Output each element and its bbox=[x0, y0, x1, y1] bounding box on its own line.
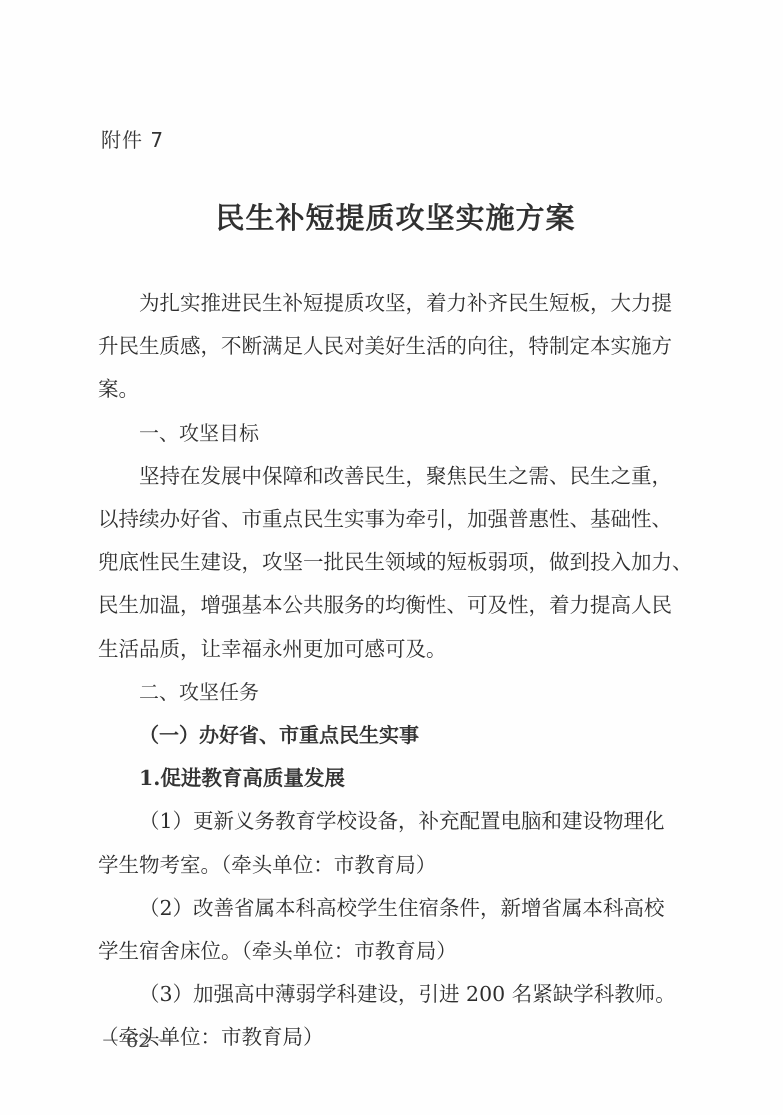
task-item-3: （3）加强高中薄弱学科建设，引进 200 名紧缺学科教师。 （牵头单位：市教育局… bbox=[98, 973, 688, 1059]
item-heading: 1.促进教育高质量发展 bbox=[98, 757, 688, 800]
text-line: （1）更新义务教育学校设备，补充配置电脑和建设物理化 bbox=[98, 800, 688, 843]
attachment-label: 附件 7 bbox=[101, 124, 164, 153]
text-line: 案。 bbox=[98, 368, 688, 411]
text-line: 为扎实推进民生补短提质攻坚，着力补齐民生短板，大力提 bbox=[98, 282, 688, 325]
text-line: 生活品质，让幸福永州更加可感可及。 bbox=[98, 628, 688, 671]
task-item-1: （1）更新义务教育学校设备，补充配置电脑和建设物理化 学生物考室。（牵头单位：市… bbox=[98, 800, 688, 886]
text-line: （2）改善省属本科高校学生住宿条件，新增省属本科高校 bbox=[98, 887, 688, 930]
section-heading-tasks: 二、攻坚任务 bbox=[98, 671, 688, 714]
text-line: 兜底性民生建设，攻坚一批民生领域的短板弱项，做到投入加力、 bbox=[98, 541, 688, 584]
text-line: 坚持在发展中保障和改善民生，聚焦民生之需、民生之重， bbox=[98, 455, 688, 498]
document-body: 为扎实推进民生补短提质攻坚，着力补齐民生短板，大力提 升民生质感，不断满足人民对… bbox=[98, 282, 688, 1060]
goals-paragraph: 坚持在发展中保障和改善民生，聚焦民生之需、民生之重， 以持续办好省、市重点民生实… bbox=[98, 455, 688, 671]
page-number: － 62 － bbox=[101, 1026, 175, 1053]
text-line: （3）加强高中薄弱学科建设，引进 200 名紧缺学科教师。 bbox=[98, 973, 688, 1016]
text-line: 学生物考室。（牵头单位：市教育局） bbox=[98, 844, 688, 887]
text-line: 学生宿舍床位。（牵头单位：市教育局） bbox=[98, 930, 688, 973]
text-line: 民生加温，增强基本公共服务的均衡性、可及性，着力提高人民 bbox=[98, 584, 688, 627]
document-page: 附件 7 民生补短提质攻坚实施方案 为扎实推进民生补短提质攻坚，着力补齐民生短板… bbox=[0, 0, 783, 1115]
intro-paragraph: 为扎实推进民生补短提质攻坚，着力补齐民生短板，大力提 升民生质感，不断满足人民对… bbox=[98, 282, 688, 412]
subsection-heading: （一）办好省、市重点民生实事 bbox=[98, 714, 688, 757]
document-title: 民生补短提质攻坚实施方案 bbox=[0, 196, 783, 237]
task-item-2: （2）改善省属本科高校学生住宿条件，新增省属本科高校 学生宿舍床位。（牵头单位：… bbox=[98, 887, 688, 973]
section-heading-goals: 一、攻坚目标 bbox=[98, 412, 688, 455]
text-line: （牵头单位：市教育局） bbox=[98, 1016, 688, 1059]
text-line: 以持续办好省、市重点民生实事为牵引，加强普惠性、基础性、 bbox=[98, 498, 688, 541]
text-line: 升民生质感，不断满足人民对美好生活的向往，特制定本实施方 bbox=[98, 325, 688, 368]
